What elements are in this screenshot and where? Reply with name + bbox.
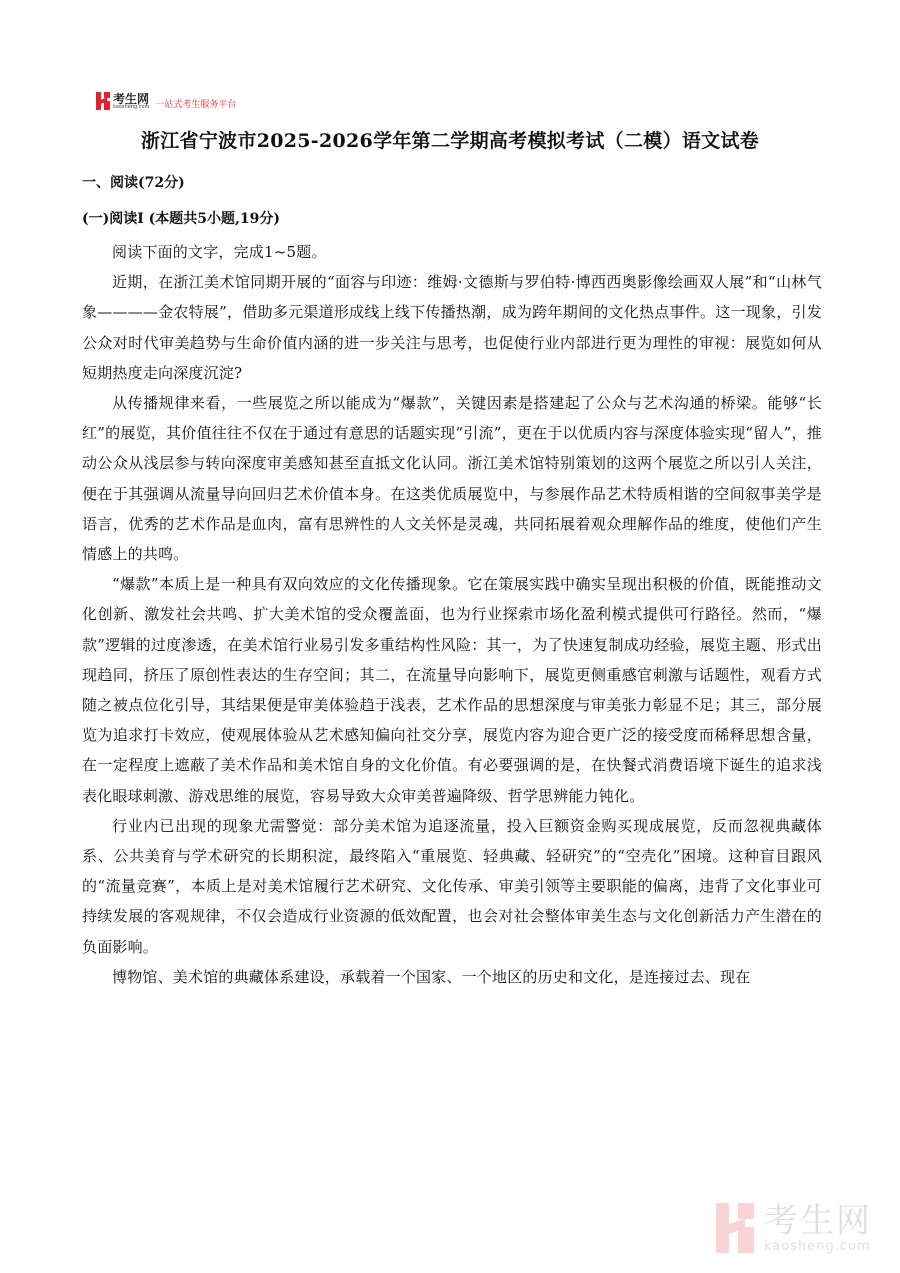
logo-slogan: 一站式考生服务平台 [155, 97, 236, 110]
logo-name: 考生网 [113, 93, 149, 105]
instruction: 阅读下面的文字，完成1~5题。 [82, 237, 822, 267]
kaosheng-watermark-icon [716, 1203, 754, 1253]
paragraph: 博物馆、美术馆的典藏体系建设，承载着一个国家、一个地区的历史和文化，是连接过去、… [82, 962, 822, 992]
watermark-name: 考生网 [764, 1204, 872, 1238]
site-logo: 考生网 kaosheng.com 一站式考生服务平台 [96, 92, 236, 110]
watermark-domain: kaosheng.com [764, 1240, 872, 1253]
paragraph: 近期，在浙江美术馆同期开展的“面容与印迹：维姆·文德斯与罗伯特·博西西奥影像绘画… [82, 267, 822, 388]
paragraph: 行业内已出现的现象尤需警觉：部分美术馆为追逐流量，投入巨额资金购买现成展览，反而… [82, 811, 822, 962]
watermark-text: 考生网 kaosheng.com [764, 1204, 872, 1253]
page-title: 浙江省宁波市2025-2026学年第二学期高考模拟考试（二模）语文试卷 [0, 126, 900, 153]
logo-text: 考生网 kaosheng.com [113, 93, 149, 110]
kaosheng-logo-icon [96, 92, 110, 110]
watermark: 考生网 kaosheng.com [716, 1203, 872, 1253]
paragraph: “爆款”本质上是一种具有双向效应的文化传播现象。它在策展实践中确实呈现出积极的价… [82, 569, 822, 811]
logo-domain: kaosheng.com [113, 105, 149, 110]
paragraph: 从传播规律来看，一些展览之所以能成为“爆款”，关键因素是搭建起了公众与艺术沟通的… [82, 388, 822, 569]
section-heading: 一、阅读(72分) [82, 172, 185, 192]
document-body: 阅读下面的文字，完成1~5题。 近期，在浙江美术馆同期开展的“面容与印迹：维姆·… [82, 237, 822, 992]
subsection-heading: (一)阅读Ⅰ (本题共5小题,19分) [82, 208, 280, 228]
